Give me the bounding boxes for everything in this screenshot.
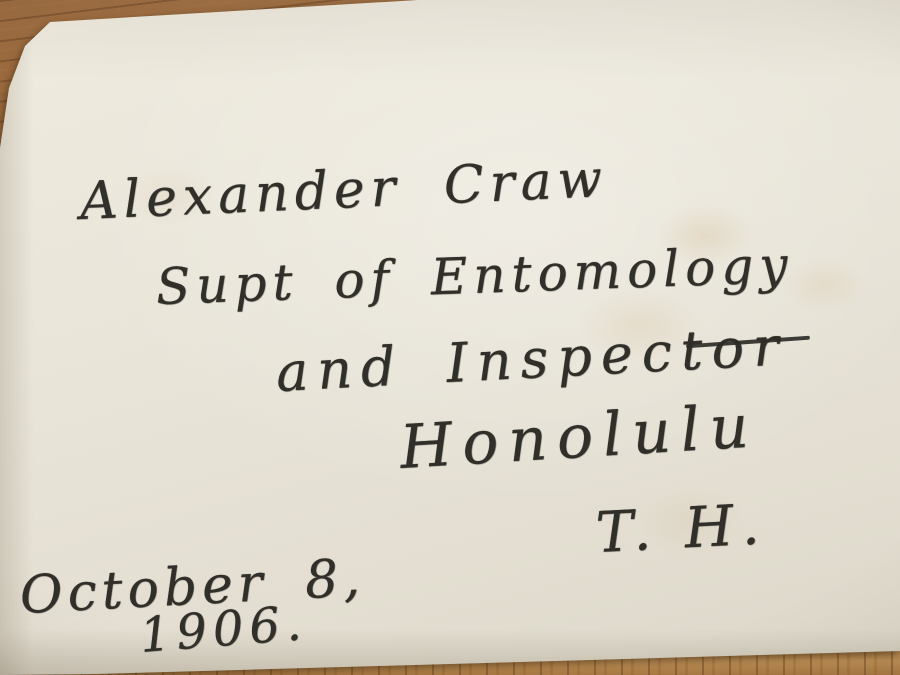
handwriting-line-city: Honolulu [398, 396, 760, 478]
handwriting-line-title-2: and Inspector [275, 319, 789, 400]
card-shadow-wrapper: Alexander Craw Supt of Entomology and In… [0, 0, 900, 675]
handwriting-line-name: Alexander Craw [79, 153, 609, 228]
handwriting-line-territory: T. H. [595, 497, 769, 562]
handwriting-line-title: Supt of Entomology [155, 240, 794, 312]
handwritten-card: Alexander Craw Supt of Entomology and In… [0, 0, 900, 675]
handwriting-line-year: 1906. [138, 599, 309, 660]
photo-of-handwritten-card: Alexander Craw Supt of Entomology and In… [0, 0, 900, 675]
